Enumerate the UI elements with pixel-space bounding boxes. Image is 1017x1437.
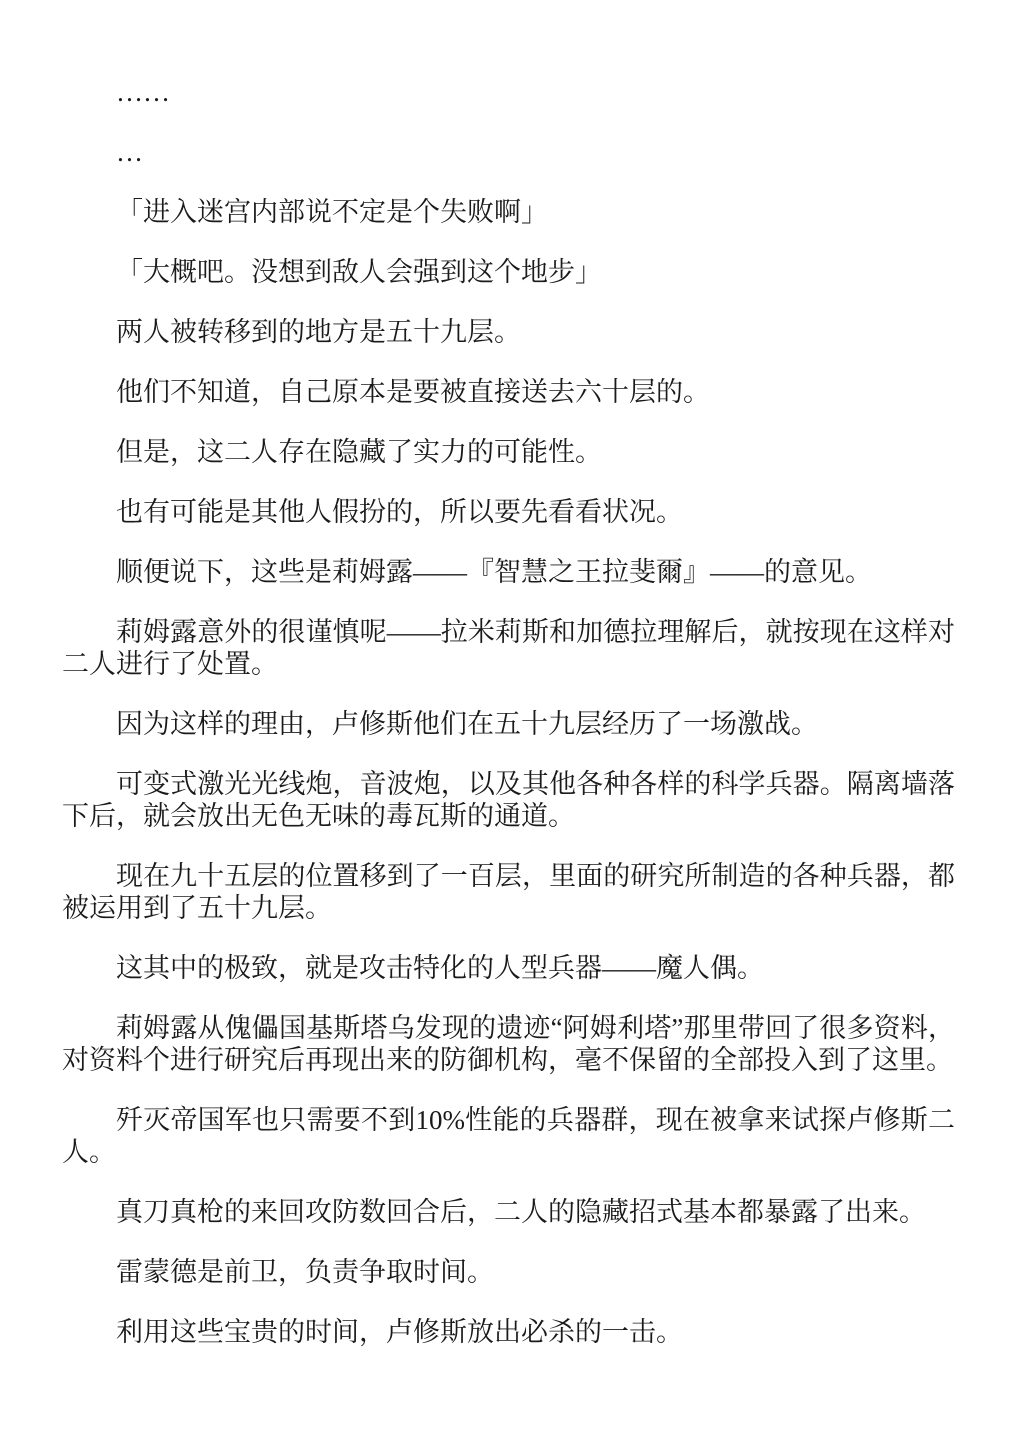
paragraph-dialogue: 「进入迷宫内部说不定是个失败啊」: [62, 196, 955, 228]
paragraph-dialogue: 「大概吧。没想到敌人会强到这个地步」: [62, 256, 955, 288]
paragraph: 现在九十五层的位置移到了一百层，里面的研究所制造的各种兵器，都被运用到了五十九层…: [62, 860, 955, 924]
paragraph: 顺便说下，这些是莉姆露——『智慧之王拉斐爾』——的意见。: [62, 556, 955, 588]
paragraph: 利用这些宝贵的时间，卢修斯放出必杀的一击。: [62, 1316, 955, 1348]
paragraph-ellipsis-long: ……: [62, 76, 955, 108]
paragraph: 歼灭帝国军也只需要不到10%性能的兵器群，现在被拿来试探卢修斯二人。: [62, 1104, 955, 1168]
paragraph: 两人被转移到的地方是五十九层。: [62, 316, 955, 348]
paragraph: 雷蒙德是前卫，负责争取时间。: [62, 1256, 955, 1288]
paragraph: 真刀真枪的来回攻防数回合后，二人的隐藏招式基本都暴露了出来。: [62, 1196, 955, 1228]
paragraph: 可变式激光光线炮，音波炮，以及其他各种各样的科学兵器。隔离墙落下后，就会放出无色…: [62, 768, 955, 832]
ebook-page: …… … 「进入迷宫内部说不定是个失败啊」 「大概吧。没想到敌人会强到这个地步」…: [0, 0, 1017, 1437]
paragraph: 这其中的极致，就是攻击特化的人型兵器——魔人偶。: [62, 952, 955, 984]
paragraph: 但是，这二人存在隐藏了实力的可能性。: [62, 436, 955, 468]
paragraph: 莉姆露意外的很谨慎呢——拉米莉斯和加德拉理解后，就按现在这样对二人进行了处置。: [62, 616, 955, 680]
paragraph: 他们不知道，自己原本是要被直接送去六十层的。: [62, 376, 955, 408]
paragraph: 也有可能是其他人假扮的，所以要先看看状况。: [62, 496, 955, 528]
paragraph-ellipsis-short: …: [62, 136, 955, 168]
paragraph: 因为这样的理由，卢修斯他们在五十九层经历了一场激战。: [62, 708, 955, 740]
paragraph: 莉姆露从傀儡国基斯塔乌发现的遗迹“阿姆利塔”那里带回了很多资料，对资料个进行研究…: [62, 1012, 955, 1076]
